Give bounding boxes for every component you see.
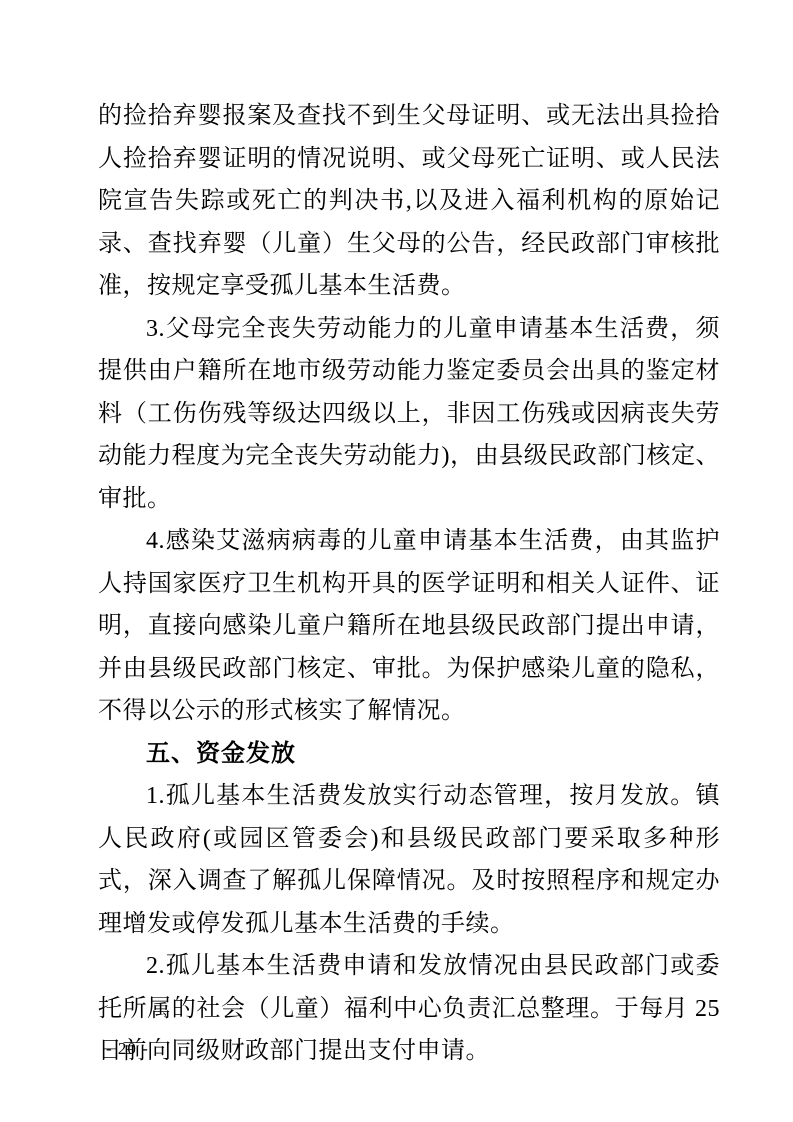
paragraph-item-4: 4.感染艾滋病病毒的儿童申请基本生活费，由其监护人持国家医疗卫生机构开具的医学证…	[98, 520, 720, 733]
document-body: 的捡拾弃婴报案及查找不到生父母证明、或无法出具捡拾人捡拾弃婴证明的情况说明、或父…	[98, 95, 720, 1073]
paragraph-item-3: 3.父母完全丧失劳动能力的儿童申请基本生活费，须提供由户籍所在地市级劳动能力鉴定…	[98, 308, 720, 521]
section-heading-funds-disbursement: 五、资金发放	[98, 733, 720, 776]
page-number: - 20 -	[106, 1038, 149, 1060]
paragraph-item-2: 2.孤儿基本生活费申请和发放情况由县民政部门或委托所属的社会（儿童）福利中心负责…	[98, 945, 720, 1073]
document-page: 的捡拾弃婴报案及查找不到生父母证明、或无法出具捡拾人捡拾弃婴证明的情况说明、或父…	[0, 0, 793, 1122]
paragraph-continuation: 的捡拾弃婴报案及查找不到生父母证明、或无法出具捡拾人捡拾弃婴证明的情况说明、或父…	[98, 95, 720, 308]
paragraph-item-1: 1.孤儿基本生活费发放实行动态管理，按月发放。镇人民政府(或园区管委会)和县级民…	[98, 775, 720, 945]
